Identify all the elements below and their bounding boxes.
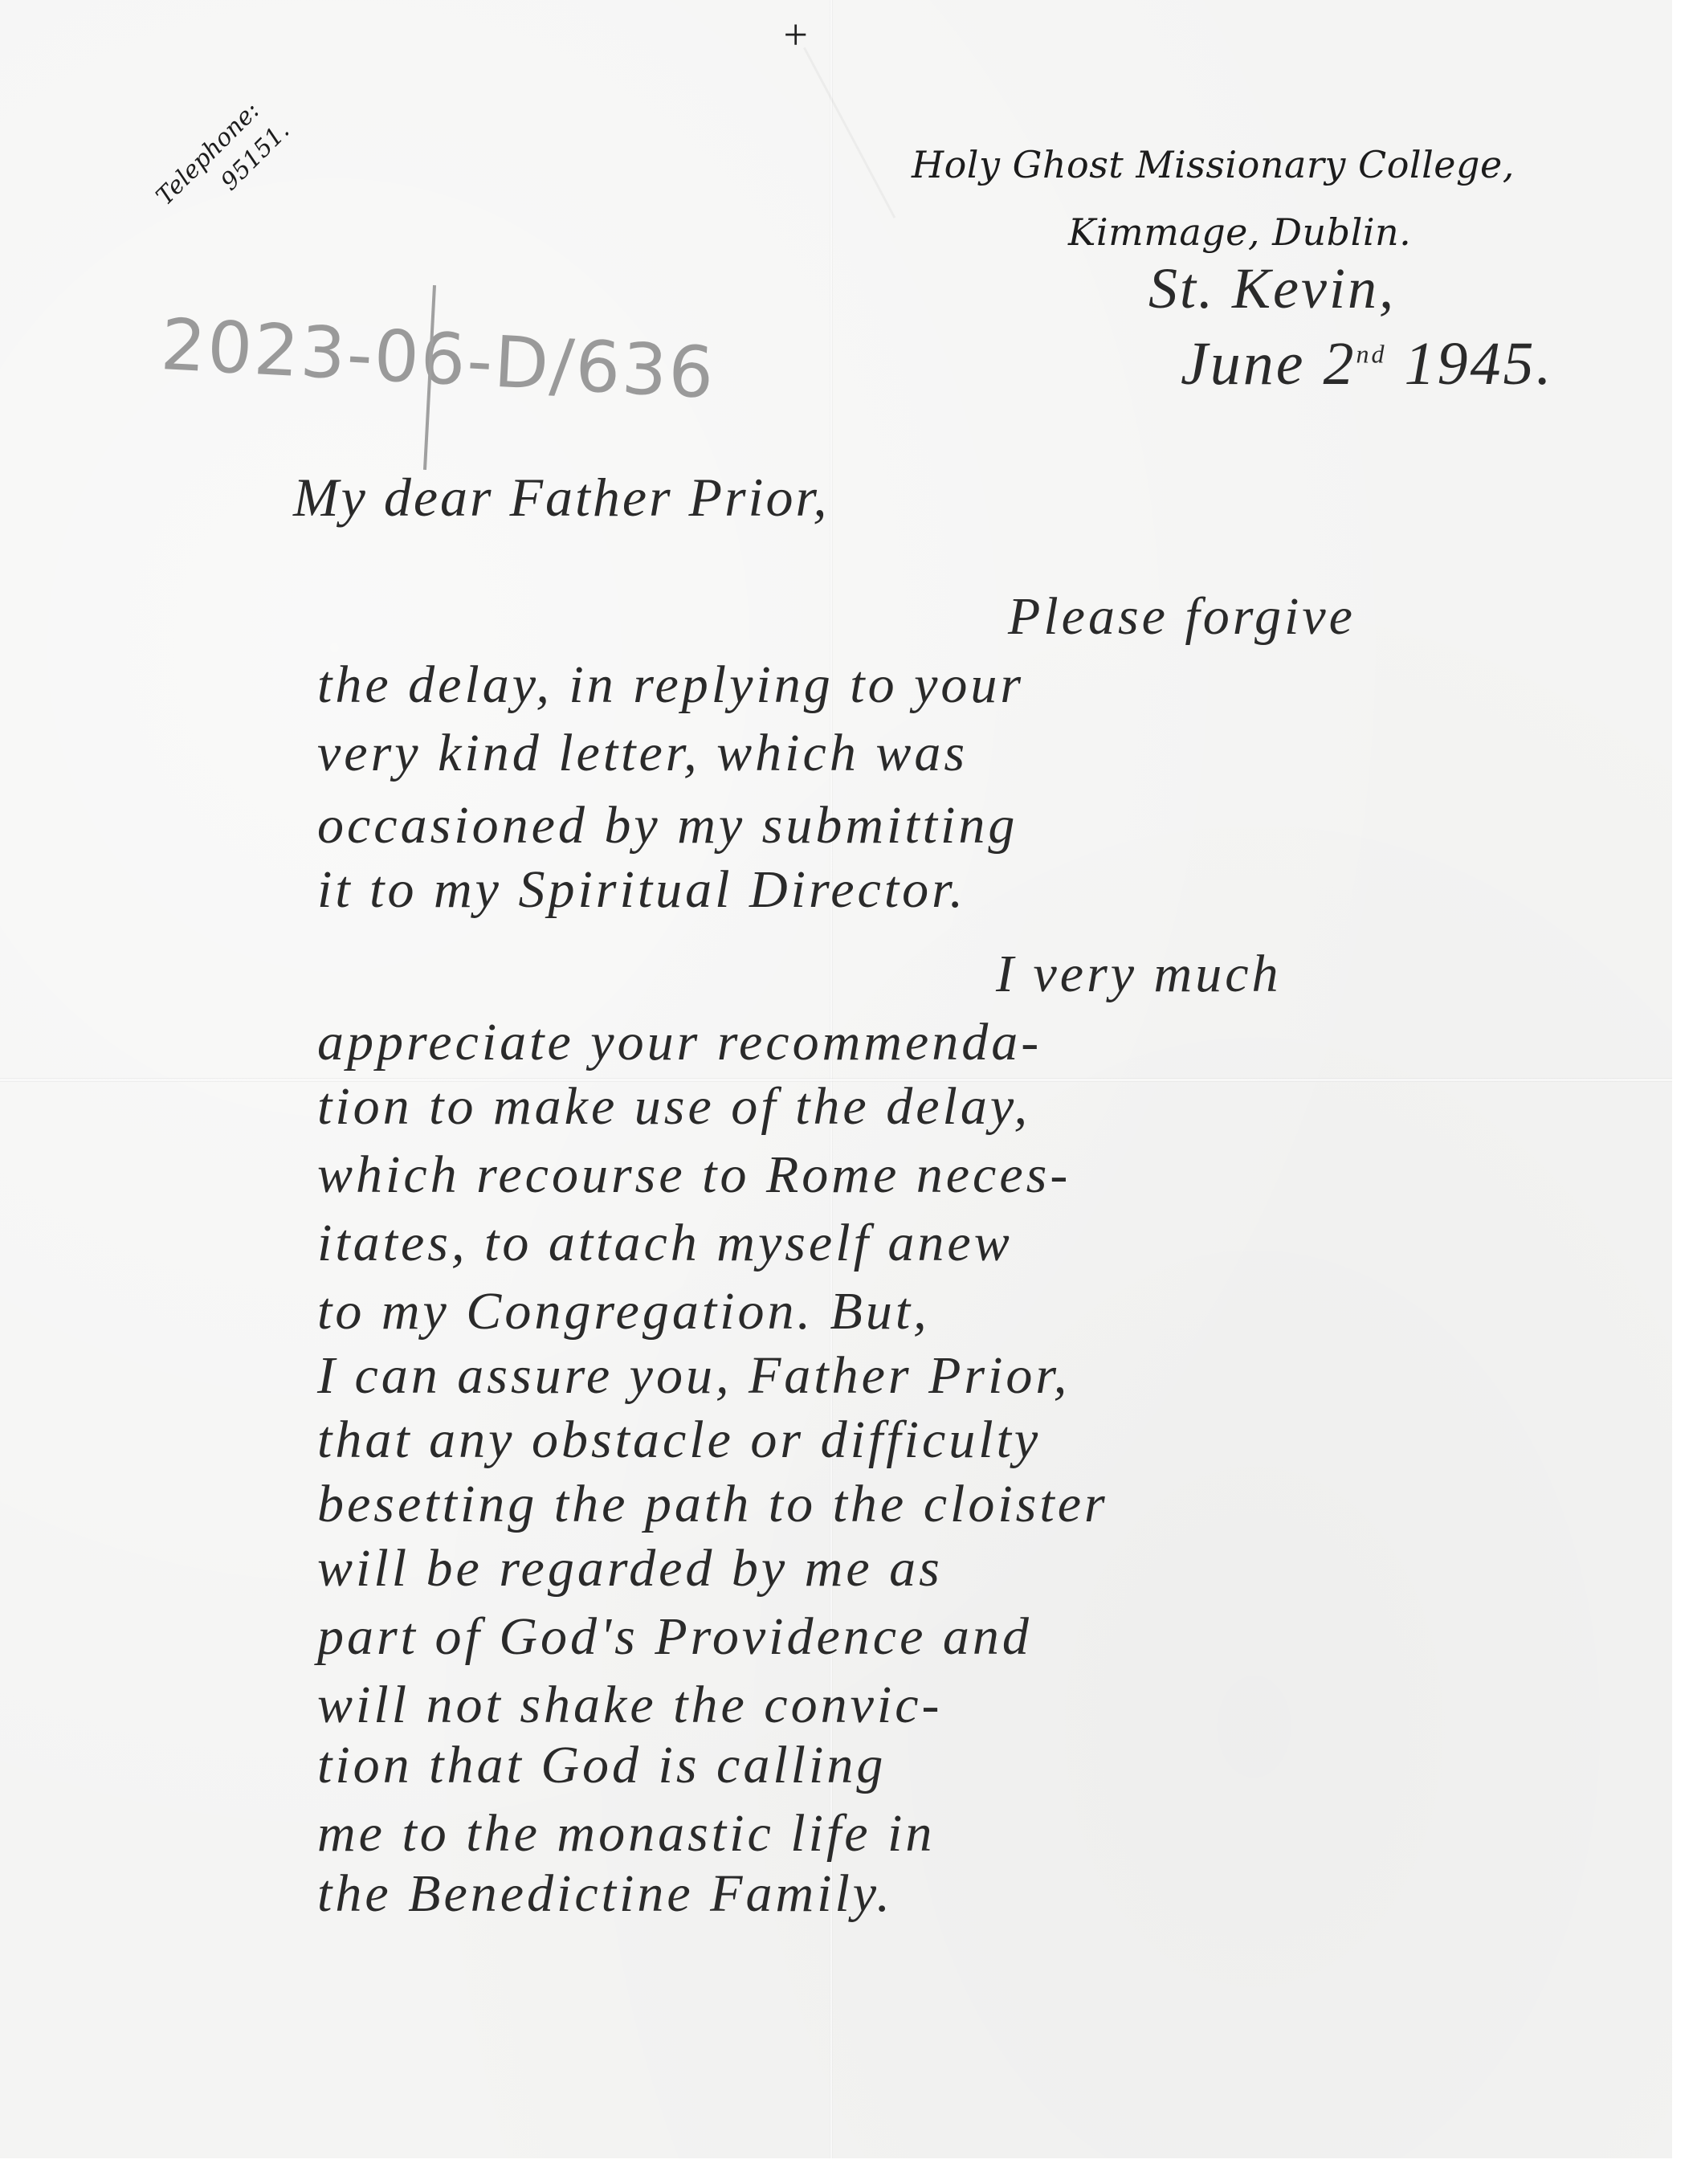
body-line: tion to make use of the delay, (317, 1076, 1030, 1137)
date-year: 1945. (1404, 330, 1553, 398)
date-month: June (1181, 330, 1305, 398)
cross-mark: + (781, 10, 810, 59)
body-line: which recourse to Rome neces- (317, 1145, 1071, 1206)
body-line: very kind letter, which was (317, 723, 968, 784)
body-line: the Benedictine Family. (317, 1864, 893, 1925)
salutation: My dear Father Prior, (293, 466, 829, 529)
body-line: besetting the path to the cloister (317, 1474, 1108, 1535)
sender-name: St. Kevin, (1148, 255, 1396, 322)
body-line: Please forgive (1008, 586, 1356, 647)
body-line: part of God's Providence and (317, 1606, 1032, 1668)
date-day: 2 (1323, 330, 1356, 398)
body-line: itates, to attach myself anew (317, 1213, 1013, 1274)
letter-date: June 2nd 1945. (1181, 329, 1553, 399)
body-line: I very much (996, 944, 1282, 1005)
letterhead-address: Kimmage, Dublin. (1068, 210, 1411, 254)
body-line: will not shake the convic- (317, 1675, 942, 1736)
body-line: tion that God is calling (317, 1735, 886, 1796)
body-line: occasioned by my submitting (317, 795, 1018, 856)
body-line: appreciate your recommenda- (317, 1012, 1042, 1073)
date-ordinal: nd (1356, 340, 1386, 369)
body-line: it to my Spiritual Director. (317, 859, 966, 921)
body-line: to my Congregation. But, (317, 1281, 930, 1342)
letterhead-institution: Holy Ghost Missionary College, (912, 143, 1515, 186)
body-line: will be regarded by me as (317, 1538, 943, 1599)
body-line: I can assure you, Father Prior, (317, 1345, 1070, 1406)
body-line: that any obstacle or difficulty (317, 1410, 1041, 1471)
body-line: the delay, in replying to your (317, 655, 1024, 716)
body-line: me to the monastic life in (317, 1803, 935, 1864)
